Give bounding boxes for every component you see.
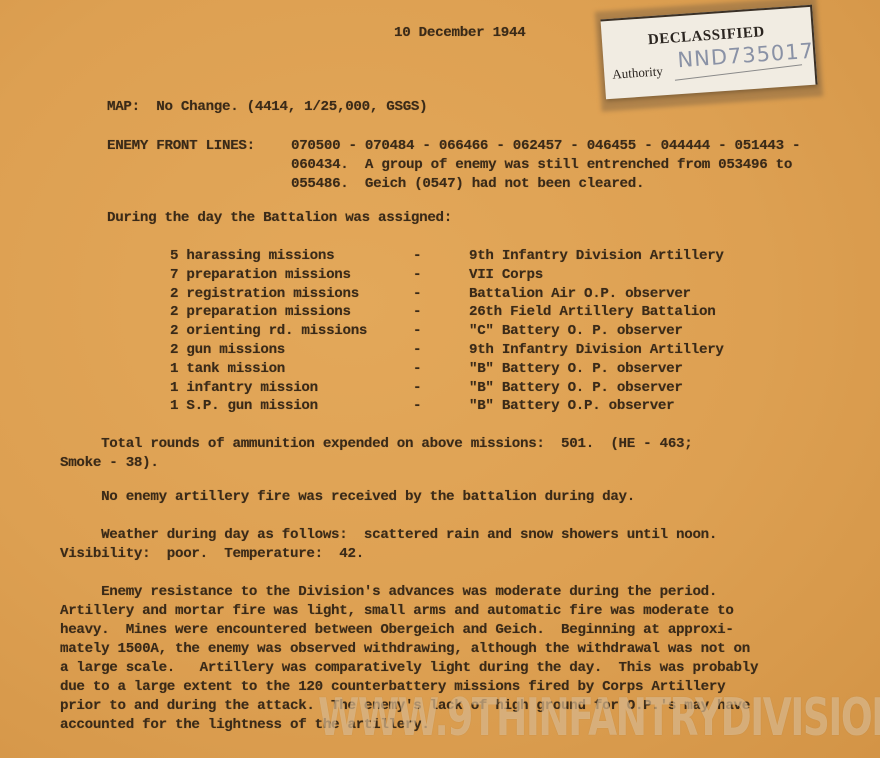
- mission-source: Battalion Air O.P. observer: [469, 286, 691, 302]
- mission-name: 7 preparation missions: [170, 267, 351, 283]
- mission-dash: -: [413, 398, 421, 414]
- mission-name: 2 registration missions: [170, 286, 359, 302]
- mission-dash: -: [413, 361, 421, 377]
- mission-source: 26th Field Artillery Battalion: [469, 304, 715, 320]
- weather-paragraph-line: Visibility: poor. Temperature: 42.: [60, 545, 364, 564]
- mission-dash: -: [413, 380, 421, 396]
- mission-source: VII Corps: [469, 267, 543, 283]
- resistance-paragraph-line: Enemy resistance to the Division's advan…: [60, 583, 717, 602]
- document-date: 10 December 1944: [394, 24, 525, 42]
- website-watermark: WWW.9THINFANTRYDIVISION.NET: [318, 688, 880, 748]
- map-line: MAP: No Change. (4414, 1/25,000, GSGS): [107, 98, 427, 116]
- mission-name: 1 tank mission: [170, 361, 285, 377]
- ammo-paragraph-line: Total rounds of ammunition expended on a…: [60, 435, 692, 454]
- mission-name: 1 infantry mission: [170, 380, 318, 396]
- mission-dash: -: [413, 286, 421, 302]
- mission-source: "B" Battery O. P. observer: [469, 361, 683, 377]
- assigned-intro: During the day the Battalion was assigne…: [107, 209, 452, 227]
- enemy-front-lines-text: 055486. Geich (0547) had not been cleare…: [291, 175, 644, 193]
- mission-name: 2 orienting rd. missions: [170, 323, 367, 339]
- mission-source: "C" Battery O. P. observer: [469, 323, 683, 339]
- weather-paragraph-line: Weather during day as follows: scattered…: [60, 526, 717, 545]
- mission-source: 9th Infantry Division Artillery: [469, 248, 724, 264]
- no-enemy-fire-paragraph: No enemy artillery fire was received by …: [60, 488, 635, 507]
- mission-dash: -: [413, 342, 421, 358]
- enemy-front-lines-text: 060434. A group of enemy was still entre…: [291, 156, 792, 174]
- mission-name: 2 gun missions: [170, 342, 285, 358]
- mission-dash: -: [413, 248, 421, 264]
- resistance-paragraph-line: a large scale. Artillery was comparative…: [60, 659, 758, 678]
- mission-name: 2 preparation missions: [170, 304, 351, 320]
- mission-source: "B" Battery O.P. observer: [469, 398, 674, 414]
- mission-source: "B" Battery O. P. observer: [469, 380, 683, 396]
- mission-name: 5 harassing missions: [170, 248, 334, 264]
- enemy-front-lines-text: 070500 - 070484 - 066466 - 062457 - 0464…: [291, 137, 800, 155]
- resistance-paragraph-line: mately 1500A, the enemy was observed wit…: [60, 640, 750, 659]
- resistance-paragraph-line: Artillery and mortar fire was light, sma…: [60, 602, 734, 621]
- mission-source: 9th Infantry Division Artillery: [469, 342, 724, 358]
- resistance-paragraph-line: heavy. Mines were encountered between Ob…: [60, 621, 734, 640]
- document-page: 10 December 1944 DECLASSIFIED Authority …: [0, 0, 880, 758]
- mission-dash: -: [413, 304, 421, 320]
- ammo-paragraph-line: Smoke - 38).: [60, 454, 159, 473]
- declassified-stamp: DECLASSIFIED Authority NND735017: [600, 5, 817, 100]
- stamp-authority-label: Authority: [612, 63, 664, 82]
- enemy-front-lines-label: ENEMY FRONT LINES:: [107, 137, 255, 155]
- mission-dash: -: [413, 323, 421, 339]
- mission-name: 1 S.P. gun mission: [170, 398, 318, 414]
- mission-dash: -: [413, 267, 421, 283]
